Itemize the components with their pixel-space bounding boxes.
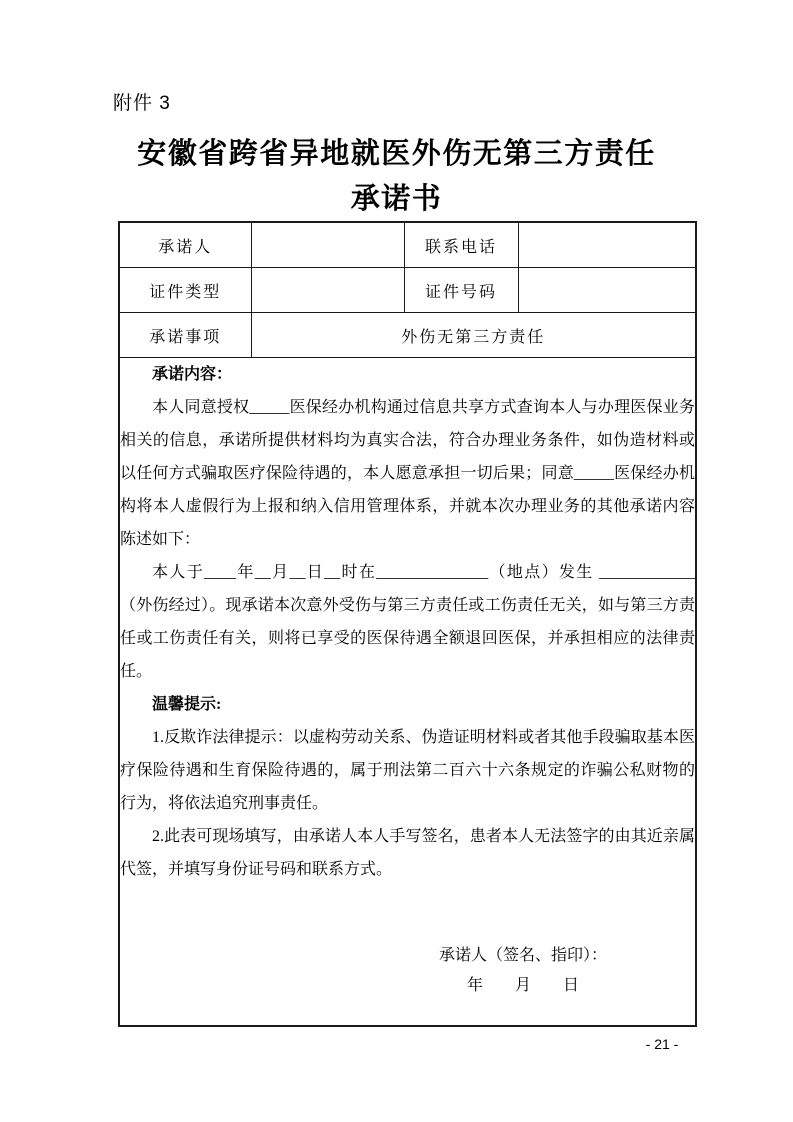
- commitment-item-label: 承诺事项: [119, 313, 251, 358]
- page-number: - 21 -: [630, 1036, 694, 1052]
- commitment-content-heading: 承诺内容：: [120, 358, 695, 391]
- id-number-label: 证件号码: [404, 268, 518, 313]
- date-line: 年 月 日: [439, 971, 607, 1001]
- incident-statement-paragraph: 本人于____年__月__日__时在______________（地点）发生 _…: [120, 556, 695, 688]
- signature-block: 承诺人（签名、指印）： 年 月 日: [439, 941, 607, 1001]
- promisor-value-cell: [251, 222, 404, 268]
- table-row-id-type-number: 证件类型 证件号码: [119, 268, 696, 313]
- commitment-item-value: 外伤无第三方责任: [251, 313, 696, 358]
- commitment-form-table: 承诺人 联系电话 证件类型 证件号码 承诺事项 外伤无第三方责任 承诺内容： 本…: [118, 221, 697, 1027]
- contact-phone-label: 联系电话: [404, 222, 518, 268]
- promisor-label: 承诺人: [119, 222, 251, 268]
- commitment-content-cell: 承诺内容： 本人同意授权_____医保经办机构通过信息共享方式查询本人与办理医保…: [119, 358, 696, 1027]
- id-number-value-cell: [518, 268, 696, 313]
- authorization-paragraph: 本人同意授权_____医保经办机构通过信息共享方式查询本人与办理医保业务相关的信…: [120, 391, 695, 556]
- document-title: 安徽省跨省异地就医外伤无第三方责任承诺书: [124, 132, 669, 222]
- table-row-content: 承诺内容： 本人同意授权_____医保经办机构通过信息共享方式查询本人与办理医保…: [119, 358, 696, 1027]
- signing-instructions-paragraph: 2.此表可现场填写，由承诺人本人手写签名，患者本人无法签字的由其近亲属代签，并填…: [120, 820, 695, 886]
- id-type-label: 证件类型: [119, 268, 251, 313]
- attachment-label: 附件 3: [113, 88, 171, 115]
- table-row-commitment-item: 承诺事项 外伤无第三方责任: [119, 313, 696, 358]
- table-row-promisor-phone: 承诺人 联系电话: [119, 222, 696, 268]
- document-page: 附件 3 安徽省跨省异地就医外伤无第三方责任承诺书 承诺人 联系电话 证件类型 …: [0, 0, 793, 1122]
- id-type-value-cell: [251, 268, 404, 313]
- signature-label: 承诺人（签名、指印）：: [439, 941, 607, 971]
- tips-heading: 温馨提示:: [120, 688, 695, 721]
- anti-fraud-tip-paragraph: 1.反欺诈法律提示：以虚构劳动关系、伪造证明材料或者其他手段骗取基本医疗保险待遇…: [120, 721, 695, 820]
- contact-phone-value-cell: [518, 222, 696, 268]
